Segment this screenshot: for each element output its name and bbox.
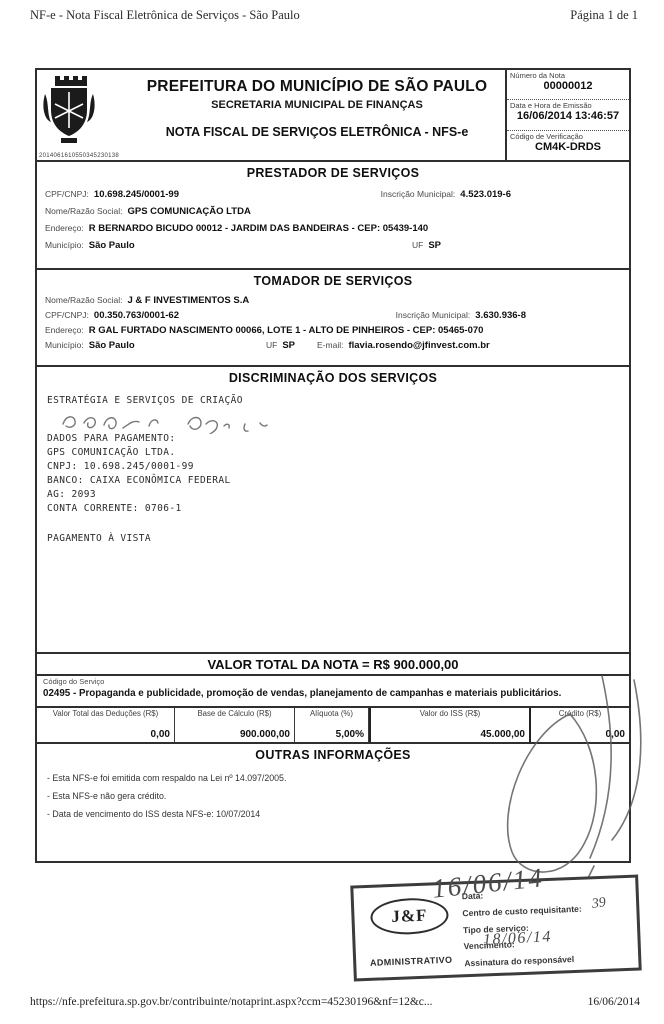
outras-informacoes-section: OUTRAS INFORMAÇÕES - Esta NFS-e foi emit…: [37, 744, 629, 863]
print-footer-date: 16/06/2014: [588, 996, 640, 1008]
tax-summary-table: Valor Total das Deduções (R$) 0,00 Base …: [37, 708, 629, 744]
base-calculo-value: 900.000,00: [179, 729, 290, 740]
info-line-credito: - Esta NFS-e não gera crédito.: [37, 791, 629, 801]
payment-bank-line: BANCO: CAIXA ECONÔMICA FEDERAL: [37, 474, 629, 488]
payment-data-line: DADOS PARA PAGAMENTO:: [37, 432, 629, 446]
deducoes-cell: Valor Total das Deduções (R$) 0,00: [37, 708, 175, 742]
info-line-lei: - Esta NFS-e foi emitida com respaldo na…: [37, 773, 629, 783]
valor-iss-value: 45.000,00: [375, 729, 525, 740]
discriminacao-section: DISCRIMINAÇÃO DOS SERVIÇOS ESTRATÉGIA E …: [37, 367, 629, 654]
print-footer: https://nfe.prefeitura.sp.gov.br/contrib…: [30, 996, 640, 1008]
prestador-municipio-label: Município:: [45, 240, 84, 250]
nfse-invoice: 2014061610550345230138 PREFEITURA DO MUN…: [35, 68, 631, 863]
tomador-im-value: 3.630.936-8: [475, 310, 526, 321]
prestador-endereco-value: R BERNARDO BICUDO 00012 - JARDIM DAS BAN…: [89, 223, 428, 234]
nota-number-value: 00000012: [510, 80, 626, 92]
stamp-vencimento-label: Vencimento:: [463, 935, 633, 952]
outras-informacoes-title: OUTRAS INFORMAÇÕES: [37, 744, 629, 765]
payment-company-line: GPS COMUNICAÇÃO LTDA.: [37, 446, 629, 460]
stamp-logo-block: J&F ADMINISTRATIVO: [360, 890, 461, 974]
handwritten-annotation: [37, 408, 629, 432]
stamp-data-label: Data:: [462, 885, 632, 902]
prestador-uf-value: SP: [428, 240, 441, 251]
stamp-fields: Data: Centro de custo requisitante: Tipo…: [458, 884, 635, 971]
document-title: NOTA FISCAL DE SERVIÇOS ELETRÔNICA - NFS…: [129, 125, 505, 139]
prestador-im-value: 4.523.019-6: [460, 189, 511, 200]
prestador-section-title: PRESTADOR DE SERVIÇOS: [37, 162, 629, 183]
invoice-header: 2014061610550345230138 PREFEITURA DO MUN…: [37, 70, 629, 162]
aliquota-cell: Alíquota (%) 5,00%: [295, 708, 369, 742]
prestador-nome-value: GPS COMUNICAÇÃO LTDA: [127, 206, 250, 217]
payment-cnpj-line: CNPJ: 10.698.245/0001-99: [37, 460, 629, 474]
scanned-invoice-page: NF-e - Nota Fiscal Eletrônica de Serviço…: [0, 0, 664, 1024]
tomador-uf-value: SP: [282, 340, 295, 351]
aliquota-header: Alíquota (%): [299, 709, 364, 718]
stamp-centro-label: Centro de custo requisitante:: [462, 902, 632, 919]
tomador-cnpj-label: CPF/CNPJ:: [45, 310, 89, 320]
stamp-dept-label: ADMINISTRATIVO: [370, 955, 453, 968]
scan-serial-number: 2014061610550345230138: [39, 153, 119, 159]
tomador-endereco-label: Endereço:: [45, 325, 84, 335]
payment-account-line: CONTA CORRENTE: 0706-1: [37, 502, 629, 516]
prestador-cnpj-value: 10.698.245/0001-99: [94, 189, 179, 200]
service-code-value: 02495 - Propaganda e publicidade, promoç…: [43, 688, 623, 699]
service-description-line: ESTRATÉGIA E SERVIÇOS DE CRIAÇÃO: [37, 394, 629, 408]
verification-code-cell: Código de Verificação CM4K-DRDS: [507, 131, 629, 160]
jf-logo: J&F: [370, 897, 449, 936]
prestador-section: PRESTADOR DE SERVIÇOS CPF/CNPJ: 10.698.2…: [37, 162, 629, 270]
deducoes-value: 0,00: [41, 729, 170, 740]
tomador-email-value: flavia.rosendo@jfinvest.com.br: [348, 340, 489, 351]
print-header-title: NF-e - Nota Fiscal Eletrônica de Serviço…: [30, 8, 300, 23]
stamp-assinatura-label: Assinatura do responsável: [464, 952, 634, 969]
base-calculo-cell: Base de Cálculo (R$) 900.000,00: [175, 708, 295, 742]
verification-code-label: Código de Verificação: [510, 132, 626, 141]
tomador-municipio-label: Município:: [45, 340, 84, 350]
handwriting-scribble-icon: [57, 408, 377, 434]
tomador-section-title: TOMADOR DE SERVIÇOS: [37, 270, 629, 291]
logo-column: 2014061610550345230138: [37, 70, 129, 160]
tomador-municipio-value: São Paulo: [89, 340, 135, 351]
prestador-endereco-label: Endereço:: [45, 223, 84, 233]
deducoes-header: Valor Total das Deduções (R$): [41, 709, 170, 718]
service-code-label: Código do Serviço: [43, 677, 623, 686]
invoice-title-block: PREFEITURA DO MUNICÍPIO DE SÃO PAULO SEC…: [129, 70, 505, 160]
credito-cell: Crédito (R$) 0,00: [531, 708, 629, 742]
base-calculo-header: Base de Cálculo (R$): [179, 709, 290, 718]
credito-value: 0,00: [535, 729, 625, 740]
valor-iss-cell: Valor do ISS (R$) 45.000,00: [369, 708, 531, 742]
print-header-page: Página 1 de 1: [570, 8, 638, 23]
tomador-endereco-value: R GAL FURTADO NASCIMENTO 00066, LOTE 1 -…: [89, 325, 484, 336]
credito-header: Crédito (R$): [535, 709, 625, 718]
tomador-cnpj-value: 00.350.763/0001-62: [94, 310, 179, 321]
payment-agency-line: AG: 2093: [37, 488, 629, 502]
total-value-bar: VALOR TOTAL DA NOTA = R$ 900.000,00: [37, 654, 629, 676]
prestador-municipio-value: São Paulo: [89, 240, 135, 251]
nota-number-label: Número da Nota: [510, 71, 626, 80]
company-stamp: J&F ADMINISTRATIVO Data: Centro de custo…: [350, 875, 641, 982]
tomador-email-label: E-mail:: [317, 340, 343, 350]
stamp-tipo-label: Tipo de serviço:: [463, 918, 633, 935]
prestador-cnpj-label: CPF/CNPJ:: [45, 189, 89, 199]
verification-code-value: CM4K-DRDS: [510, 141, 626, 153]
prestador-uf-label: UF: [412, 240, 423, 250]
tomador-nome-label: Nome/Razão Social:: [45, 295, 122, 305]
prestador-im-label: Inscrição Municipal:: [381, 189, 456, 199]
service-code-box: Código do Serviço 02495 - Propaganda e p…: [37, 676, 629, 708]
print-header: NF-e - Nota Fiscal Eletrônica de Serviço…: [30, 8, 638, 23]
print-footer-url: https://nfe.prefeitura.sp.gov.br/contrib…: [30, 996, 433, 1008]
org-title: PREFEITURA DO MUNICÍPIO DE SÃO PAULO: [129, 78, 505, 96]
info-line-vencimento: - Data de vencimento do ISS desta NFS-e:…: [37, 809, 629, 819]
prestador-nome-label: Nome/Razão Social:: [45, 206, 122, 216]
payment-terms-line: PAGAMENTO À VISTA: [37, 532, 629, 546]
dept-subtitle: SECRETARIA MUNICIPAL DE FINANÇAS: [129, 99, 505, 111]
emission-datetime-value: 16/06/2014 13:46:57: [510, 110, 626, 122]
sao-paulo-coat-of-arms-icon: [41, 133, 97, 150]
emission-datetime-label: Data e Hora de Emissão: [510, 101, 626, 110]
discriminacao-section-title: DISCRIMINAÇÃO DOS SERVIÇOS: [37, 367, 629, 388]
invoice-info-column: Número da Nota 00000012 Data e Hora de E…: [505, 70, 629, 160]
emission-datetime-cell: Data e Hora de Emissão 16/06/2014 13:46:…: [507, 100, 629, 130]
tomador-uf-label: UF: [266, 340, 277, 350]
tomador-nome-value: J & F INVESTIMENTOS S.A: [127, 295, 249, 306]
valor-iss-header: Valor do ISS (R$): [375, 709, 525, 718]
tomador-im-label: Inscrição Municipal:: [396, 310, 471, 320]
nota-number-cell: Número da Nota 00000012: [507, 70, 629, 100]
tomador-section: TOMADOR DE SERVIÇOS Nome/Razão Social: J…: [37, 270, 629, 367]
aliquota-value: 5,00%: [299, 729, 364, 740]
